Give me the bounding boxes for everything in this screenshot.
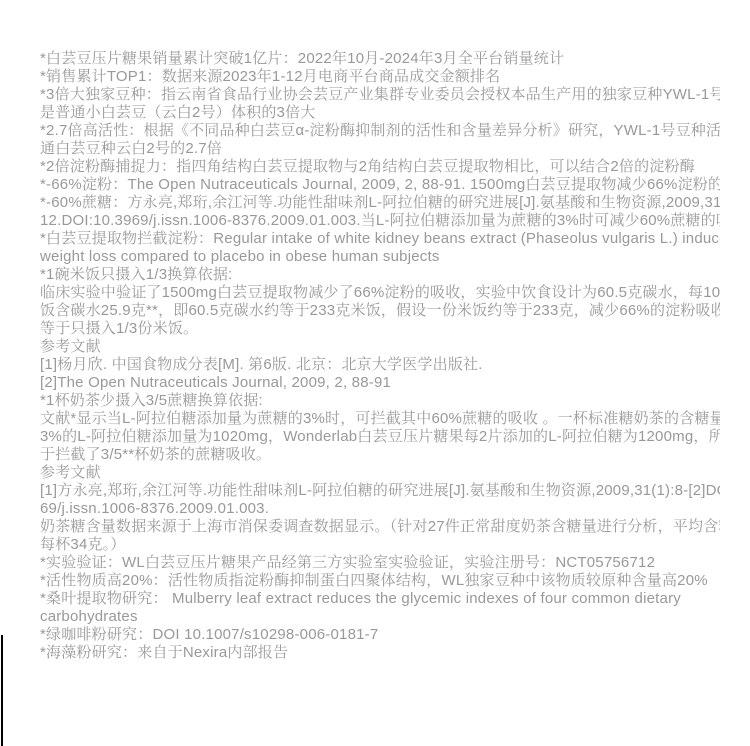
disclaimer-line: *2倍淀粉酶捕捉力：指四角结构白芸豆提取物与2角结构白芸豆提取物相比，可以结合2…	[40, 158, 720, 176]
left-edge-line	[1, 635, 3, 746]
disclaimer-line: 每杯34克。）	[40, 536, 720, 554]
disclaimer-line: 等于只摄入1/3份米饭。	[40, 320, 720, 338]
disclaimer-line: *实验验证：WL白芸豆压片糖果产品经第三方实验室实验验证，实验注册号：NCT05…	[40, 554, 720, 572]
disclaimer-line: 参考文献	[40, 338, 720, 356]
disclaimer-line: *销售累计TOP1：数据来源2023年1-12月电商平台商品成交金额排名	[40, 68, 720, 86]
disclaimer-line: [1]杨月欣. 中国食物成分表[M]. 第6版. 北京：北京大学医学出版社.	[40, 356, 720, 374]
disclaimer-line: *3倍大独家豆种：指云南省食品行业协会芸豆产业集群专业委员会授权本品生产用的独家…	[40, 86, 720, 104]
disclaimer-line: 是普通小白芸豆（云白2号）体积的3倍大	[40, 104, 720, 122]
disclaimer-line: 临床实验中验证了1500mg白芸豆提取物减少了66%淀粉的吸收，实验中饮食设计为…	[40, 284, 720, 302]
disclaimer-line: *白芸豆压片糖果销量累计突破1亿片：2022年10月-2024年3月全平台销量统…	[40, 50, 720, 68]
disclaimer-line: 12.DOI:10.3969/j.issn.1006-8376.2009.01.…	[40, 212, 720, 230]
disclaimer-line: 文献*显示当L-阿拉伯糖添加量为蔗糖的3%时，可拦截其中60%蔗糖的吸收 。一杯…	[40, 410, 720, 428]
disclaimer-text-block: *白芸豆压片糖果销量累计突破1亿片：2022年10月-2024年3月全平台销量统…	[40, 50, 720, 662]
disclaimer-line: carbohydrates	[40, 608, 720, 626]
disclaimer-line: *海藻粉研究：来自于Nexira内部报告	[40, 644, 720, 662]
disclaimer-line: *白芸豆提取物拦截淀粉：Regular intake of white kidn…	[40, 230, 720, 248]
disclaimer-line: 69/j.issn.1006-8376.2009.01.003.	[40, 500, 720, 518]
disclaimer-line: 通白芸豆种云白2号的2.7倍	[40, 140, 720, 158]
disclaimer-line: *1碗米饭只摄入1/3换算依据:	[40, 266, 720, 284]
disclaimer-line: 饭含碳水25.9克**，即60.5克碳水约等于233克米饭，假设一份米饭约等于2…	[40, 302, 720, 320]
disclaimer-line: *-66%淀粉：The Open Nutraceuticals Journal,…	[40, 176, 720, 194]
disclaimer-line: *1杯奶茶少摄入3/5蔗糖换算依据:	[40, 392, 720, 410]
disclaimer-line: 于拦截了3/5**杯奶茶的蔗糖吸收。	[40, 446, 720, 464]
disclaimer-line: *桑叶提取物研究： Mulberry leaf extract reduces …	[40, 590, 720, 608]
disclaimer-line: 参考文献	[40, 464, 720, 482]
disclaimer-line: 奶茶糖含量数据来源于上海市消保委调查数据显示。（针对27件正常甜度奶茶含糖量进行…	[40, 518, 720, 536]
disclaimer-line: *活性物质高20%：活性物质指淀粉酶抑制蛋白四聚体结构，WL独家豆种中该物质较原…	[40, 572, 720, 590]
disclaimer-line: [2]The Open Nutraceuticals Journal, 2009…	[40, 374, 720, 392]
disclaimer-line: *绿咖啡粉研究：DOI 10.1007/s10298-006-0181-7	[40, 626, 720, 644]
disclaimer-line: [1]方永亮,郑珩,余江河等.功能性甜味剂L-阿拉伯糖的研究进展[J].氨基酸和…	[40, 482, 720, 500]
disclaimer-line: *-60%蔗糖：方永亮,郑珩,余江河等.功能性甜味剂L-阿拉伯糖的研究进展[J]…	[40, 194, 720, 212]
disclaimer-line: 3%的L-阿拉伯糖添加量为1020mg，Wonderlab白芸豆压片糖果每2片添…	[40, 428, 720, 446]
disclaimer-line: *2.7倍高活性：根据《不同品种白芸豆α-淀粉酶抑制剂的活性和含量差异分析》研究…	[40, 122, 720, 140]
disclaimer-line: weight loss compared to placebo in obese…	[40, 248, 720, 266]
